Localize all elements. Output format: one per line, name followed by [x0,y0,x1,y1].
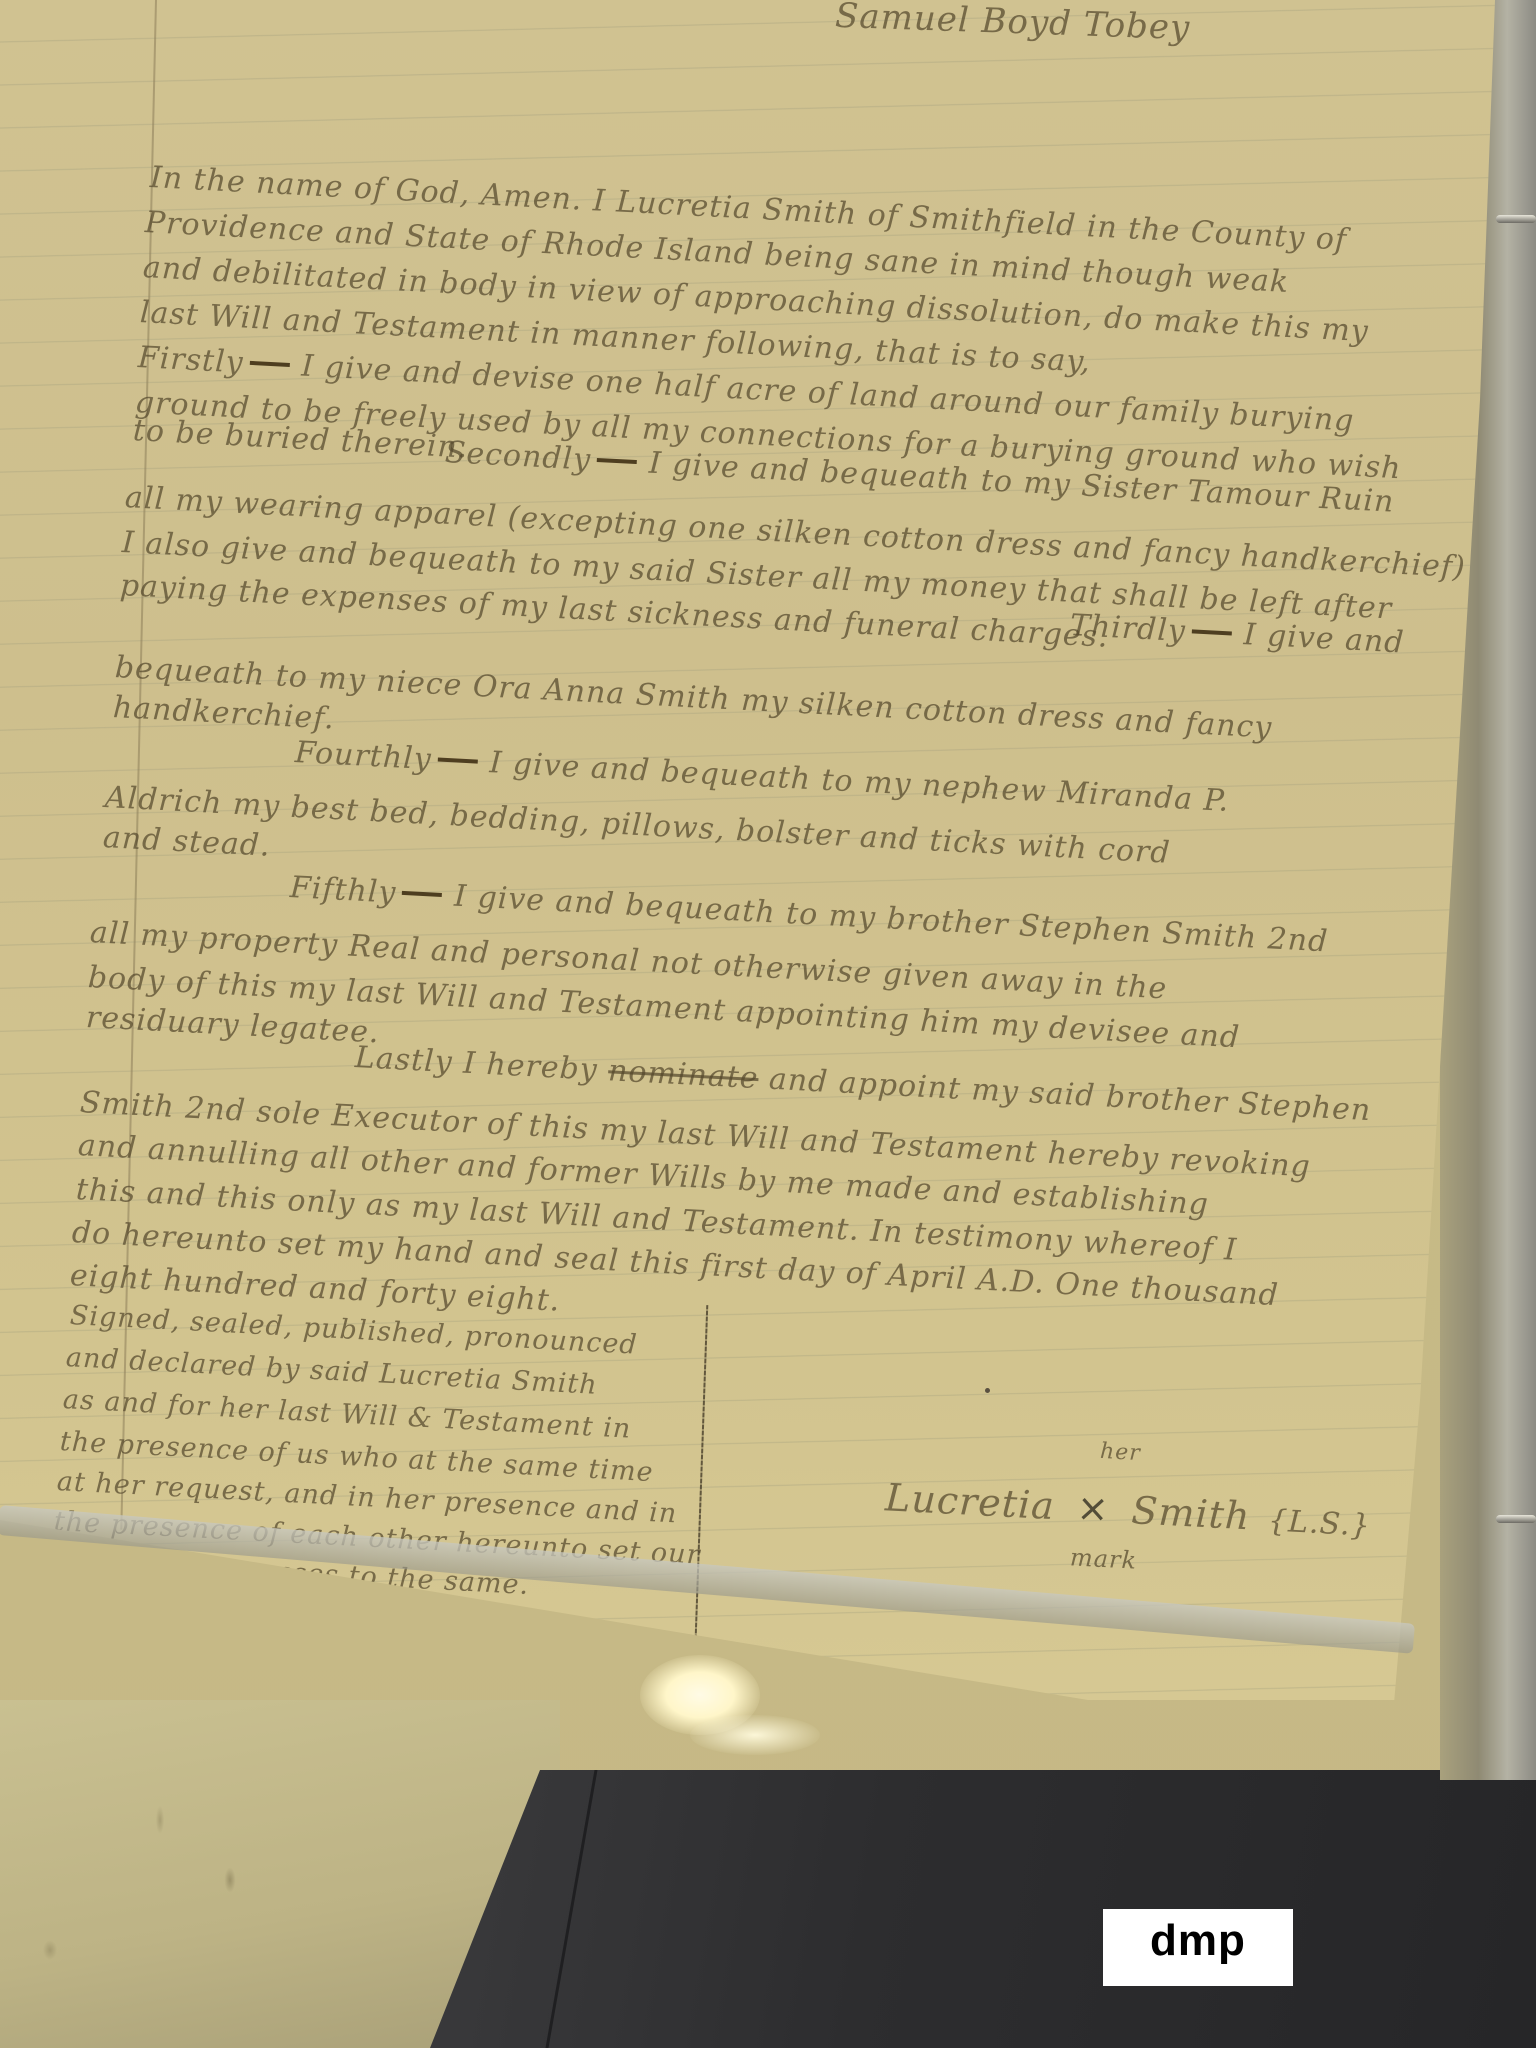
dash-mark [1192,629,1232,635]
dash-mark [438,757,478,763]
dmp-label-text: dmp [1150,1916,1246,1966]
dash-mark [250,361,290,367]
x-mark-icon: × [1076,1485,1111,1531]
clause-label: Thirdly [1069,608,1187,649]
witness-signature: Obed Sims. [47,1650,215,1690]
binder-ring-icon [1496,1515,1536,1523]
dmp-label: dmp [1103,1909,1293,1986]
clause-label: Firstly [137,340,244,380]
light-glare [690,1715,820,1755]
ink-dot [985,1388,990,1393]
will-line: and stead. [102,820,271,864]
seal-mark: {L.S.} [1267,1503,1371,1543]
clause-label: Lastly I hereby [354,1040,599,1088]
clause-text: and appoint my said brother Stephen [768,1062,1372,1129]
clause-text: I give and [1243,617,1405,660]
dark-cabinet [430,1770,1536,2048]
signature-mark-label: mark [1069,1543,1137,1574]
witness-divider-line [694,1305,709,1665]
clause-label: Fourthly [294,735,432,777]
ledger-page: Samuel Boyd Tobey In the name of God, Am… [0,0,1495,1700]
signature-last-name: Smith [1130,1488,1251,1538]
struck-word: nominate [607,1053,759,1096]
signature-first-name: Lucretia [884,1475,1056,1528]
witness-signature: John Shippee [47,1618,242,1659]
dash-mark [597,458,637,464]
dash-mark [402,891,442,897]
binder-ring-icon [1496,215,1536,223]
testator-signature: Lucretia×Smith{L.S.} [884,1475,1372,1544]
clause-label: Secondly [444,435,592,478]
page-header-name: Samuel Boyd Tobey [834,0,1191,48]
signature-her: her [1099,1439,1141,1466]
photo-scene: Samuel Boyd Tobey In the name of God, Am… [0,0,1536,2048]
witness-signature: Welcome Sayles. [49,1584,294,1628]
will-line: handkerchief. [112,690,336,737]
clause-label: Fifthly [289,870,397,911]
